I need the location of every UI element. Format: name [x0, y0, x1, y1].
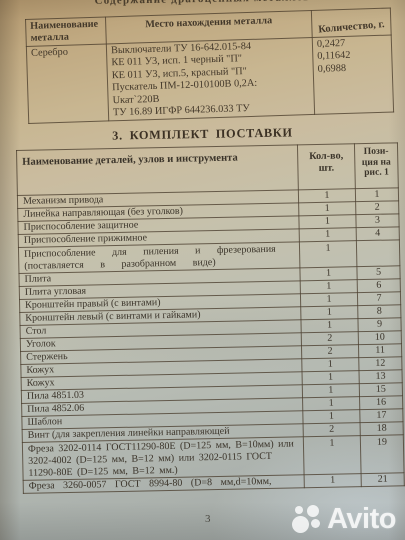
part-pos: 12 [359, 357, 402, 371]
part-pos: 15 [359, 383, 402, 397]
part-pos: 3 [356, 214, 399, 228]
part-qty: 1 [301, 319, 358, 333]
part-qty: 1 [299, 215, 356, 229]
part-pos: 7 [357, 292, 400, 306]
part-pos: 6 [357, 279, 400, 293]
part-pos: 13 [359, 370, 402, 384]
avito-wordmark: Avito [327, 505, 396, 534]
part-qty: 1 [302, 384, 359, 398]
part-qty: 2 [301, 345, 358, 359]
metals-header-name: Наименование металла [26, 17, 107, 46]
part-pos: 21 [361, 473, 404, 487]
part-qty: 1 [303, 410, 360, 424]
part-pos: 8 [358, 305, 401, 319]
part-qty: 2 [301, 332, 358, 346]
part-pos: 19 [360, 435, 404, 474]
metals-header-quantity: Количество, г. [311, 8, 391, 37]
part-pos: 18 [360, 422, 403, 436]
precious-metals-table: Наименование металла Место нахождения ме… [25, 8, 394, 125]
part-qty: 1 [299, 202, 356, 216]
parts-header-name: Наименование деталей, узлов и инструмент… [17, 145, 299, 196]
section-title: 3. КОМПЛЕКТ ПОСТАВКИ [0, 123, 405, 145]
quantity-value: 0,6988 [318, 61, 388, 76]
page-number: 3 [205, 513, 211, 525]
part-pos: 16 [360, 396, 403, 410]
part-qty: 1 [300, 280, 357, 294]
part-qty: 1 [302, 358, 359, 372]
scanned-document-page: Содержание драгоценных металлов Наименов… [0, 0, 405, 540]
part-qty: 1 [302, 371, 359, 385]
part-name: Фреза 3202-0114 ГОСТ11290-80Е (D=125 мм,… [22, 437, 304, 481]
avito-watermark: Avito [292, 505, 396, 534]
parts-header-row: Наименование деталей, узлов и инструмент… [17, 143, 399, 196]
part-pos: 5 [357, 266, 400, 280]
part-qty: 1 [299, 228, 356, 242]
part-qty: 1 [298, 189, 355, 203]
part-pos: 2 [356, 201, 399, 215]
metals-data-row: Серебро Выключатели ТУ 16-642.015-84 КЕ … [26, 35, 393, 124]
part-qty: 1 [300, 267, 357, 281]
metal-quantity-cell: 0,2427 0,11642 0,6988 [312, 35, 393, 115]
parts-header-pos: Пози- ция на рис. 1 [354, 143, 398, 189]
part-qty: 1 [301, 306, 358, 320]
part-pos: 4 [356, 227, 399, 241]
part-pos [356, 240, 400, 267]
part-pos: 17 [360, 409, 403, 423]
avito-logo-icon [292, 505, 323, 534]
document-title-clipped: Содержание драгоценных металлов [30, 0, 375, 8]
part-qty: 2 [303, 423, 360, 437]
metal-name-cell: Серебро [26, 44, 108, 124]
part-qty: 1 [303, 436, 361, 475]
part-qty: 1 [303, 397, 360, 411]
parts-header-qty: Кол-во, шт. [297, 144, 355, 190]
delivery-set-table: Наименование деталей, узлов и инструмент… [16, 142, 405, 494]
part-pos: 9 [358, 318, 401, 332]
part-qty: 1 [304, 474, 361, 488]
part-pos: 1 [355, 188, 398, 202]
metal-location-cell: Выключатели ТУ 16-642.015-84 КЕ 011 У3, … [106, 37, 314, 121]
part-qty: 1 [300, 293, 357, 307]
part-pos: 10 [358, 331, 401, 345]
part-pos: 11 [358, 344, 401, 358]
part-qty: 1 [299, 241, 357, 268]
